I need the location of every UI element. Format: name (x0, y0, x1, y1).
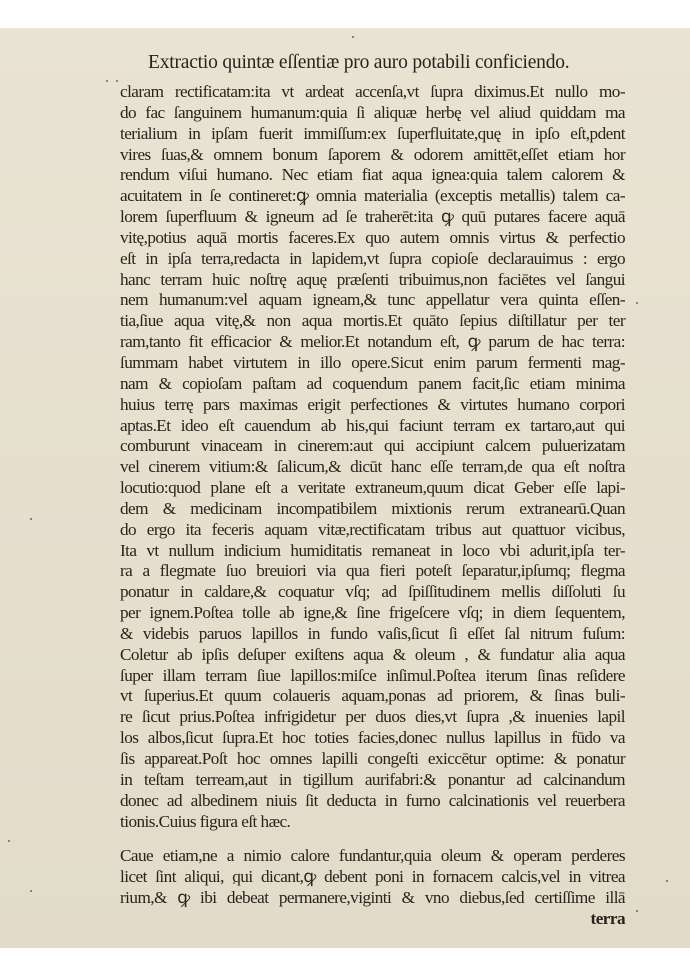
text-line: terialium in ipſam fuerit immiſſum:ex ſu… (120, 124, 625, 145)
text-line: ſis appareat.Poſt hoc omnes lapilli cong… (120, 749, 625, 770)
text-line: ram,tanto fit efficacior & melior.Et not… (120, 332, 625, 353)
text-line: vitę,potius aquā mortis faceres.Ex quo a… (120, 228, 625, 249)
ink-speck (352, 36, 354, 38)
text-line: nam & copioſam paſtam ad coquendum panem… (120, 374, 625, 395)
text-line: acuitatem in ſe contineret:ꝙ omnia mater… (120, 186, 625, 207)
text-line: ra a flegmate ſuo breuiori via qua fieri… (120, 561, 625, 582)
ink-speck (30, 518, 32, 520)
paragraph-2: Caue etiam,ne a nimio calore fundantur,q… (120, 846, 625, 929)
ink-speck (666, 880, 668, 882)
text-line: tionis.Cuius figura eſt hæc. (120, 812, 625, 833)
text-line: Ita vt nullum indicium humiditatis reman… (120, 541, 625, 562)
text-line: Coletur ab ipſis deſuper exiſtens aqua &… (120, 645, 625, 666)
text-line: claram rectificatam:ita vt ardeat accenſ… (120, 82, 625, 103)
text-line: Caue etiam,ne a nimio calore fundantur,q… (120, 846, 625, 867)
text-line: lorem ſuperfluum & igneum ad ſe traherēt… (120, 207, 625, 228)
text-line: donec ad albedinem niuis ſit deducta in … (120, 791, 625, 812)
ink-speck (30, 890, 32, 892)
text-line: eſt in ipſa terra,redacta in lapidem,vt … (120, 249, 625, 270)
chapter-heading: Extractio quintæ eſſentiæ pro auro potab… (148, 52, 628, 74)
text-line: per ignem.Poſtea tolle ab igne,& ſine fr… (120, 603, 625, 624)
text-line: ponatur in caldare,& coquatur vſq; ad ſp… (120, 582, 625, 603)
text-line: nem humanum:vel aquam igneam,& tunc appe… (120, 290, 625, 311)
text-line: ſuper illam terram ſiue lapillos:miſce i… (120, 666, 625, 687)
catchword: terra (120, 909, 625, 930)
paragraph-1: claram rectificatam:ita vt ardeat accenſ… (120, 82, 625, 832)
text-line: re ſicut prius.Poſtea infrigidetur per d… (120, 707, 625, 728)
ink-speck (636, 302, 638, 304)
text-line: vires ſuas,& omnem bonum ſaporem & odore… (120, 145, 625, 166)
text-line: dem & medicinam incompatibilem mixtionis… (120, 499, 625, 520)
ink-speck (116, 80, 118, 82)
text-line: rendum viſui humano. Nec etiam fiat aqua… (120, 165, 625, 186)
text-line: locutio:quod plane eſt a veritate extran… (120, 478, 625, 499)
text-line: in teſtam terream,aut in tigillum aurifa… (120, 770, 625, 791)
text-line: los albos,ſicut ſupra.Et hoc toties faci… (120, 728, 625, 749)
text-line: vel cinerem vitium:& ſalicum,& dicūt han… (120, 457, 625, 478)
text-line: rium,& ꝙ ibi debeat permanere,viginti & … (120, 888, 625, 909)
text-line: tia,ſiue aqua vitę,& non aqua mortis.Et … (120, 311, 625, 332)
text-line: comburunt vinaceam in cinerem:aut qui ac… (120, 436, 625, 457)
ink-speck (636, 910, 638, 912)
text-line: huius terrę pars maximas erigit perfecti… (120, 395, 625, 416)
text-line: do ergo ita feceris aquam vitæ,rectifica… (120, 520, 625, 541)
text-line: hanc terram huic noſtrę aquę præſenti tr… (120, 270, 625, 291)
text-line: do fac ſanguinem humanum:quia ſi aliquæ … (120, 103, 625, 124)
text-line: aptas.Et ideo eſt cauendum ab his,qui fa… (120, 416, 625, 437)
text-line: & videbis paruos lapillos in fundo vaſis… (120, 624, 625, 645)
ink-speck (106, 80, 108, 82)
ink-speck (8, 840, 10, 842)
text-line: ſummam habet virtutem in illo opere.Sicu… (120, 353, 625, 374)
text-line: vt ſuperius.Et quum colaueris aquam,pona… (120, 686, 625, 707)
text-line: licet ſint aliqui, qui dicant,ꝙ debent p… (120, 867, 625, 888)
